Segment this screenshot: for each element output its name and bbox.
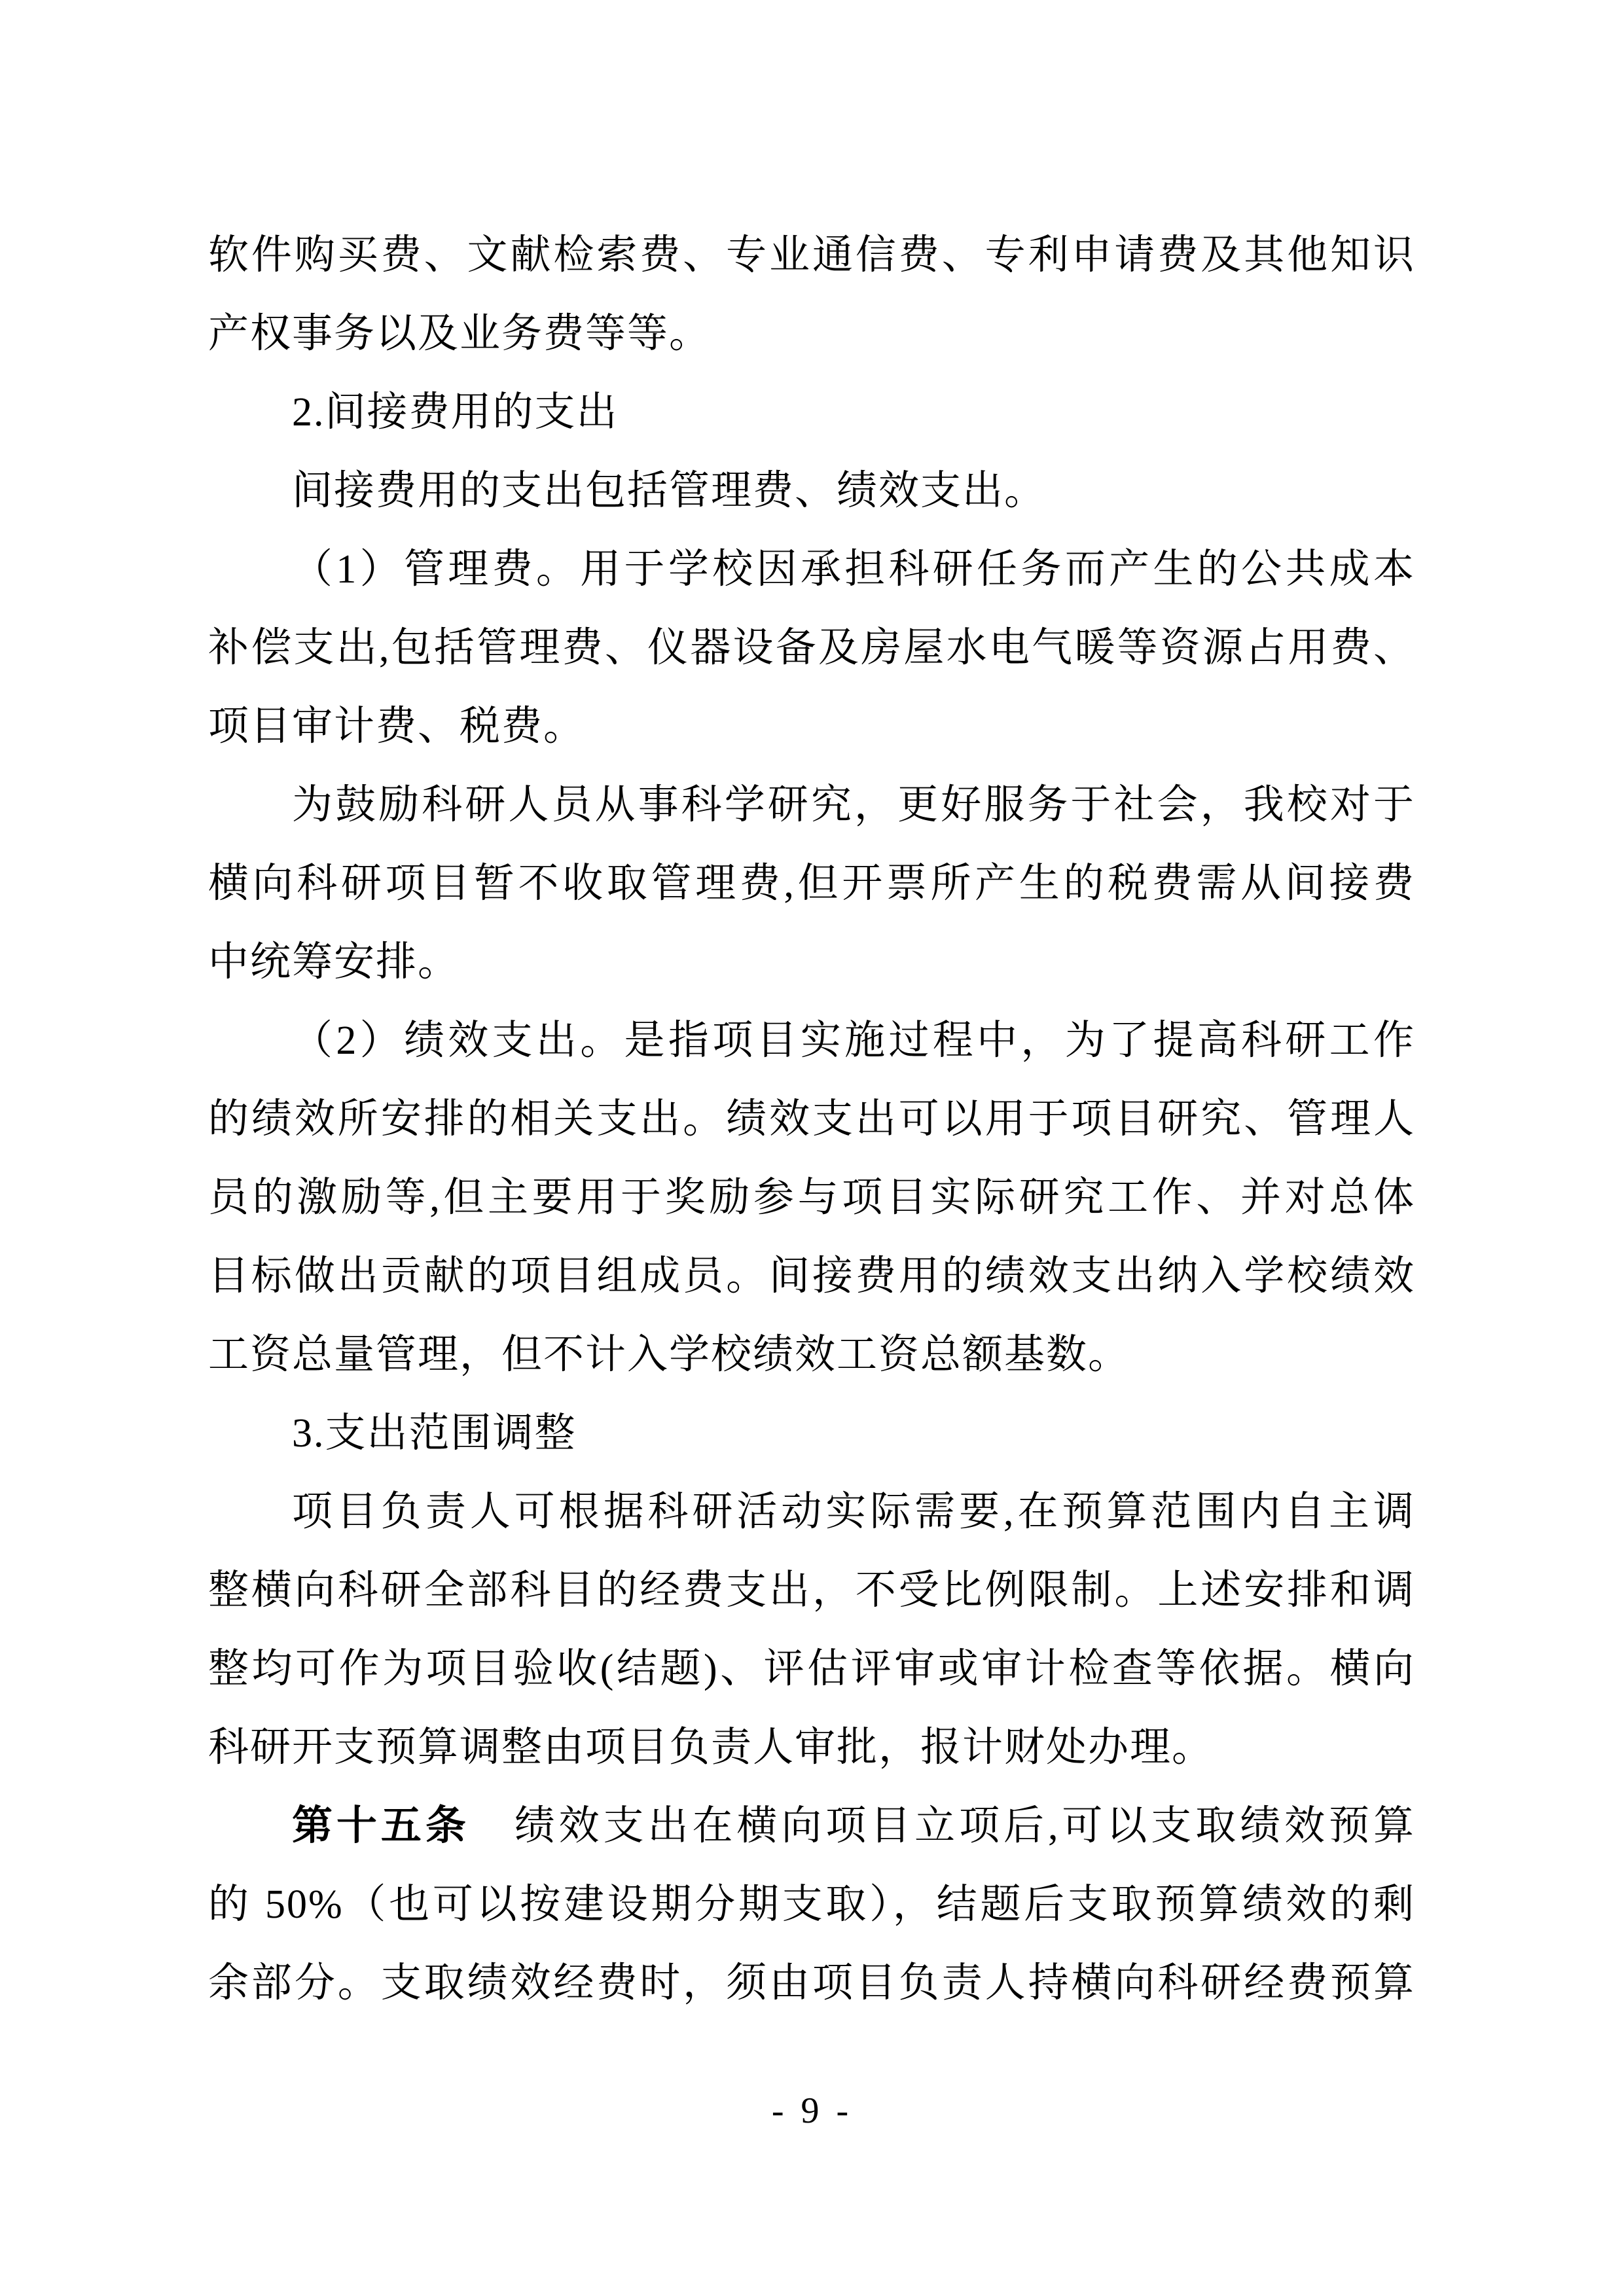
text-line: 的 50%（也可以按建设期分期支取），结题后支取预算绩效的剩 — [208, 1865, 1415, 1944]
text-run: 中统筹安排。 — [208, 940, 460, 984]
text-run: 间接费用的支出包括管理费、绩效支出。 — [292, 469, 1046, 513]
text-line: 科研开支预算调整由项目负责人审批，报计财处办理。 — [208, 1708, 1415, 1787]
text-line: 整横向科研全部科目的经费支出，不受比例限制。上述安排和调 — [208, 1551, 1415, 1630]
text-line: 整均可作为项目验收(结题)、评估评审或审计检查等依据。横向 — [208, 1630, 1415, 1708]
text-run: 项目审计费、税费。 — [208, 704, 585, 749]
text-run: 3.支出范围调整 — [292, 1411, 577, 1456]
text-run: 软件购买费、文献检索费、专业通信费、专利申请费及其他知识 — [208, 233, 1415, 278]
page-number: - 9 - — [772, 2090, 852, 2131]
text-line: 补偿支出,包括管理费、仪器设备及房屋水电气暖等资源占用费、 — [208, 609, 1415, 687]
text-line: 横向科研项目暂不收取管理费,但开票所产生的税费需从间接费 — [208, 844, 1415, 923]
text-run: 产权事务以及业务费等等。 — [208, 312, 711, 356]
text-line: 余部分。支取绩效经费时，须由项目负责人持横向科研经费预算 — [208, 1944, 1415, 2022]
text-run: 的 50%（也可以按建设期分期支取），结题后支取预算绩效的剩 — [208, 1882, 1415, 1927]
text-line: 工资总量管理，但不计入学校绩效工资总额基数。 — [208, 1316, 1415, 1394]
text-line: 间接费用的支出包括管理费、绩效支出。 — [208, 452, 1415, 530]
text-line: 中统筹安排。 — [208, 923, 1415, 1001]
bold-term: 第十五条 — [292, 1804, 470, 1848]
text-line: （1）管理费。用于学校因承担科研任务而产生的公共成本 — [208, 530, 1415, 609]
text-run: 工资总量管理，但不计入学校绩效工资总额基数。 — [208, 1333, 1130, 1377]
text-run: 为鼓励科研人员从事科学研究，更好服务于社会，我校对于 — [292, 783, 1415, 827]
text-line: 为鼓励科研人员从事科学研究，更好服务于社会，我校对于 — [208, 766, 1415, 844]
text-run: 项目负责人可根据科研活动实际需要,在预算范围内自主调 — [292, 1490, 1415, 1534]
text-line: 3.支出范围调整 — [208, 1394, 1415, 1473]
text-run: 余部分。支取绩效经费时，须由项目负责人持横向科研经费预算 — [208, 1961, 1415, 2005]
text-line: 软件购买费、文献检索费、专业通信费、专利申请费及其他知识 — [208, 216, 1415, 295]
text-run: 整横向科研全部科目的经费支出，不受比例限制。上述安排和调 — [208, 1568, 1415, 1613]
text-line: （2）绩效支出。是指项目实施过程中，为了提高科研工作 — [208, 1001, 1415, 1080]
text-run: 的绩效所安排的相关支出。绩效支出可以用于项目研究、管理人 — [208, 1097, 1415, 1141]
text-line: 产权事务以及业务费等等。 — [208, 295, 1415, 373]
text-run: （1）管理费。用于学校因承担科研任务而产生的公共成本 — [292, 547, 1415, 592]
text-run: （2）绩效支出。是指项目实施过程中，为了提高科研工作 — [292, 1018, 1415, 1063]
text-line: 项目负责人可根据科研活动实际需要,在预算范围内自主调 — [208, 1473, 1415, 1551]
text-line: 项目审计费、税费。 — [208, 687, 1415, 766]
text-run: 2.间接费用的支出 — [292, 390, 619, 435]
document-body: 软件购买费、文献检索费、专业通信费、专利申请费及其他知识产权事务以及业务费等等。… — [208, 216, 1415, 2022]
text-line: 目标做出贡献的项目组成员。间接费用的绩效支出纳入学校绩效 — [208, 1237, 1415, 1316]
text-run: 补偿支出,包括管理费、仪器设备及房屋水电气暖等资源占用费、 — [208, 626, 1415, 670]
page-footer: - 9 - — [0, 2091, 1624, 2130]
text-line: 2.间接费用的支出 — [208, 373, 1415, 452]
text-line: 员的激励等,但主要用于奖励参与项目实际研究工作、并对总体 — [208, 1158, 1415, 1237]
text-run: 科研开支预算调整由项目负责人审批，报计财处办理。 — [208, 1725, 1214, 1770]
text-run: 横向科研项目暂不收取管理费,但开票所产生的税费需从间接费 — [208, 861, 1415, 906]
document-page: 软件购买费、文献检索费、专业通信费、专利申请费及其他知识产权事务以及业务费等等。… — [0, 0, 1624, 2296]
text-line: 第十五条 绩效支出在横向项目立项后,可以支取绩效预算 — [208, 1787, 1415, 1865]
text-line: 的绩效所安排的相关支出。绩效支出可以用于项目研究、管理人 — [208, 1080, 1415, 1158]
text-run: 目标做出贡献的项目组成员。间接费用的绩效支出纳入学校绩效 — [208, 1254, 1415, 1299]
text-run: 绩效支出在横向项目立项后,可以支取绩效预算 — [470, 1804, 1415, 1848]
text-run: 整均可作为项目验收(结题)、评估评审或审计检查等依据。横向 — [208, 1647, 1415, 1691]
text-run: 员的激励等,但主要用于奖励参与项目实际研究工作、并对总体 — [208, 1175, 1415, 1220]
